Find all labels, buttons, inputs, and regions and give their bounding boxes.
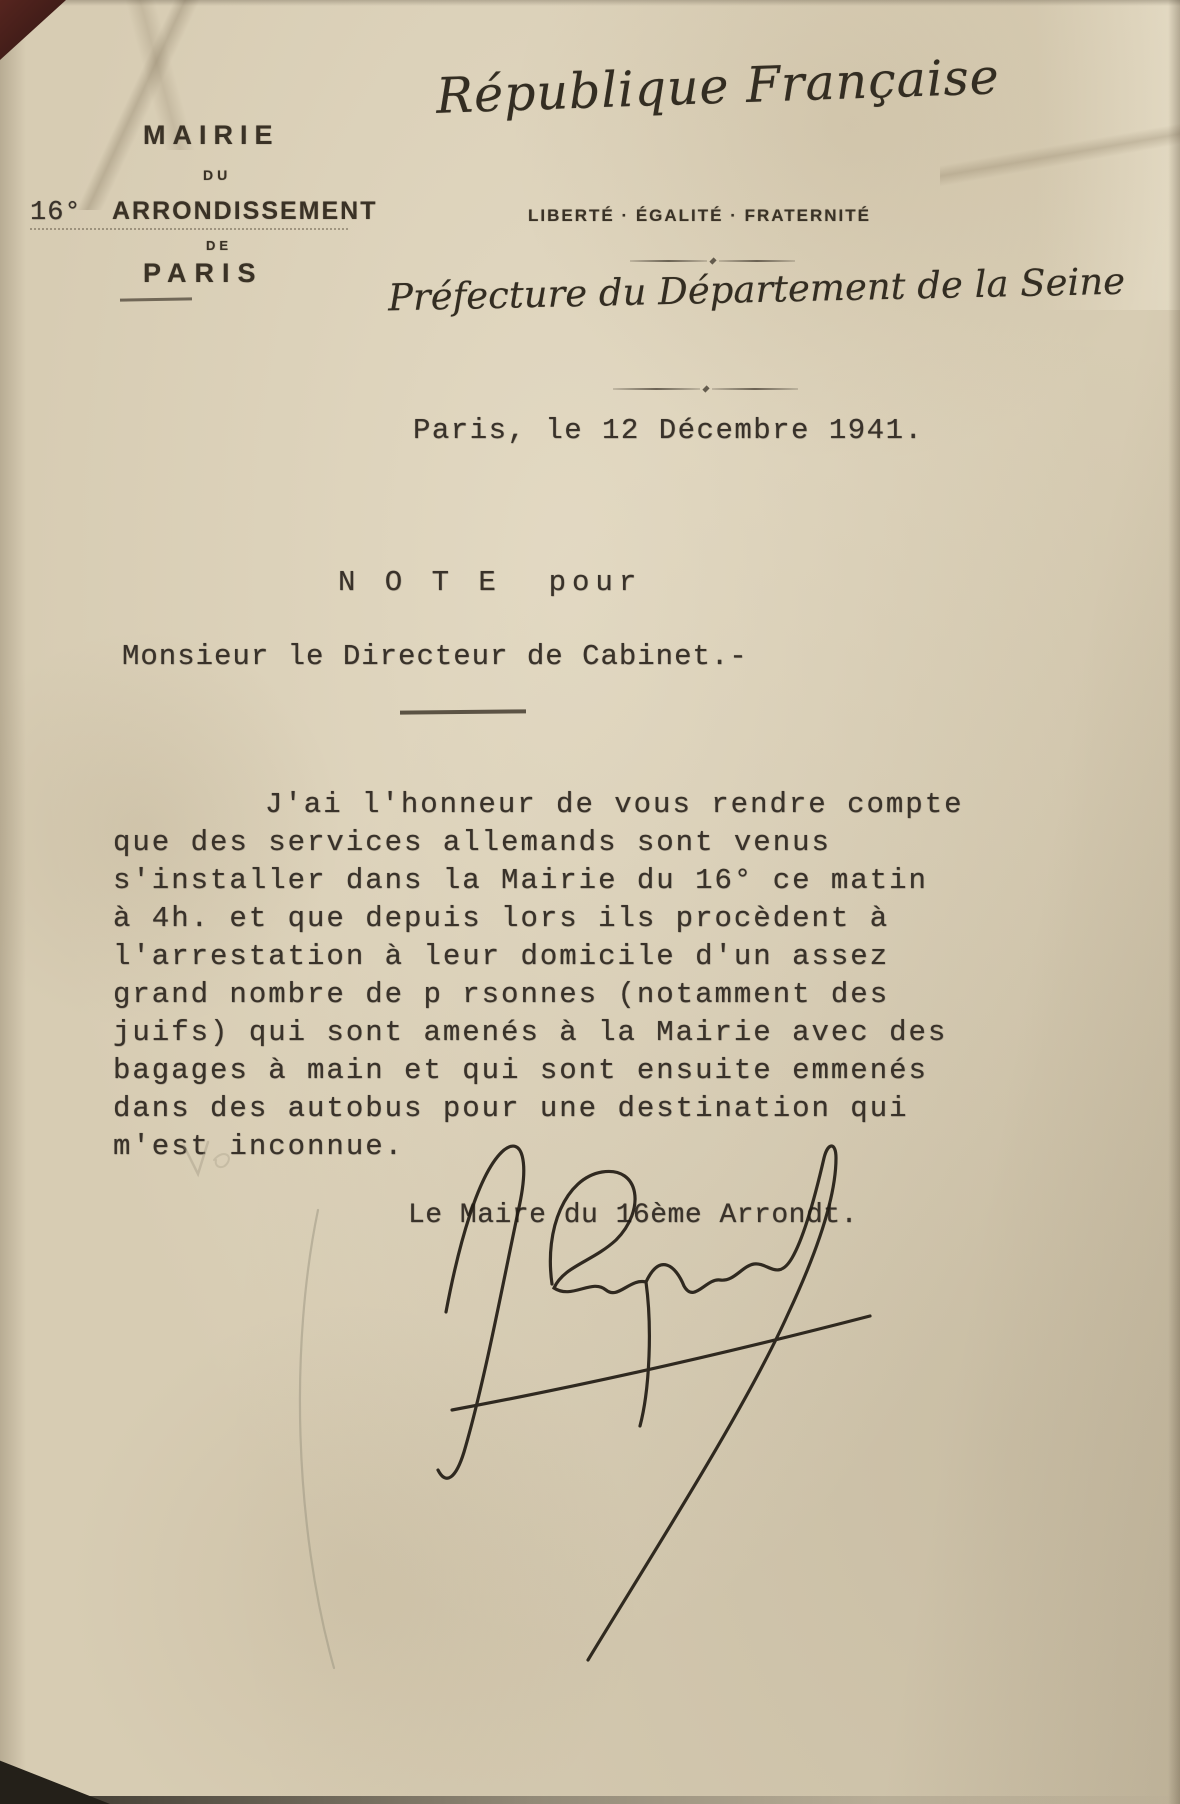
signature-handwritten [0, 0, 1180, 1804]
letter-page: MAIRIE DU 16° ARRONDISSEMENT DE PARIS Ré… [0, 0, 1180, 1804]
